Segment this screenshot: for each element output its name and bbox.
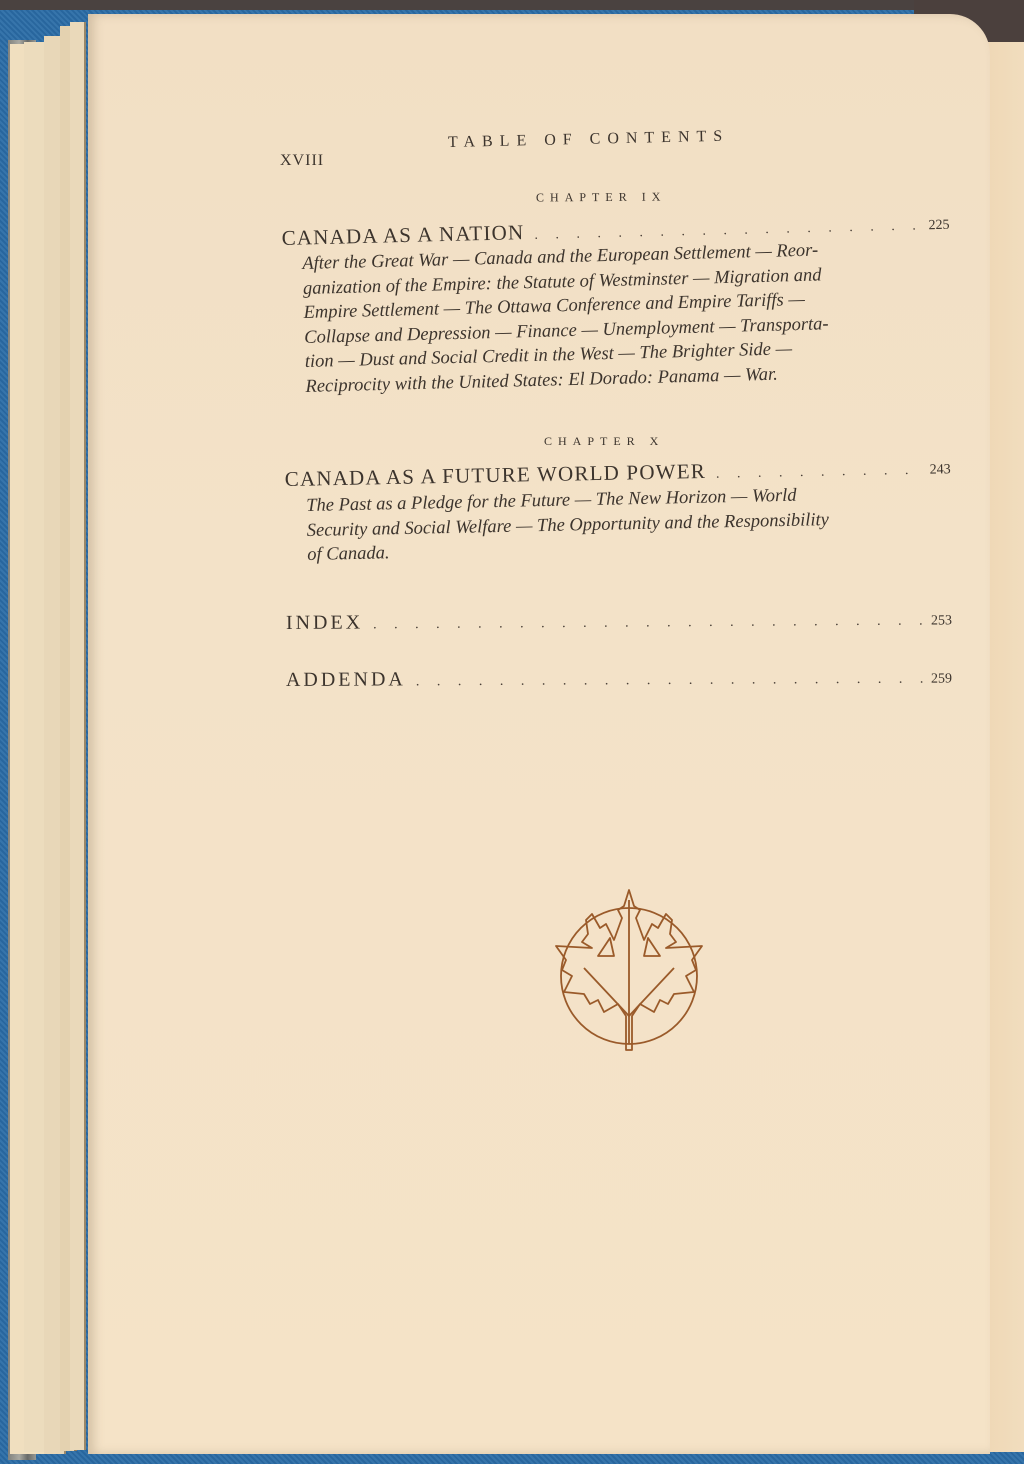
- page-number: 259: [931, 672, 952, 688]
- page-folio: XVIII: [280, 152, 324, 170]
- leader-dots: . . . . . . . . . . . . . . . . . . . . …: [416, 672, 927, 691]
- leader-dots: . . . . . . . . . . . . . . . . . . . . …: [373, 614, 927, 634]
- chapter-label: CHAPTER X: [544, 434, 664, 449]
- entry-title: INDEX: [286, 611, 363, 635]
- entry-title: ADDENDA: [286, 668, 406, 692]
- toc-entry-index[interactable]: INDEX . . . . . . . . . . . . . . . . . …: [286, 607, 952, 635]
- page-number: 253: [931, 613, 952, 629]
- running-title: TABLE OF CONTENTS: [448, 128, 730, 152]
- page-number: 225: [928, 218, 949, 235]
- book-page: XVIII TABLE OF CONTENTS CHAPTER IX CANAD…: [88, 14, 990, 1454]
- maple-leaf-in-circle-icon: [554, 884, 704, 1056]
- chapter-summary: After the Great War — Canada and the Eur…: [302, 236, 918, 399]
- toc-entry-addenda[interactable]: ADDENDA . . . . . . . . . . . . . . . . …: [286, 666, 952, 692]
- chapter-label: CHAPTER IX: [536, 190, 666, 206]
- leader-dots: . . . . . . . . . . . . . . . . . . . . …: [716, 463, 926, 483]
- page-number: 243: [930, 462, 951, 478]
- chapter-summary: The Past as a Pledge for the Future — Th…: [306, 481, 919, 567]
- page-edge: [70, 22, 86, 1450]
- page-edge-right: [988, 42, 1024, 1452]
